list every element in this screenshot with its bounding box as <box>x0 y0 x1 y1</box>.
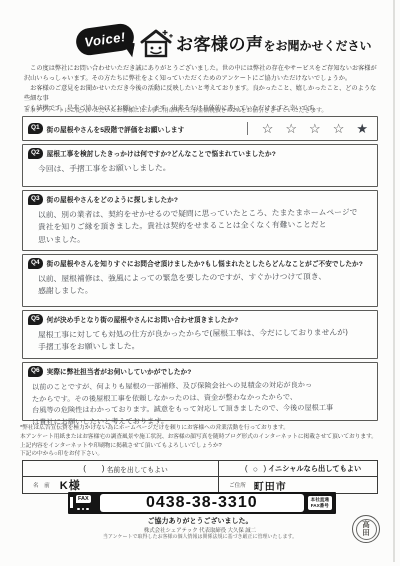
q2-badge: Q2 <box>28 148 43 159</box>
paren-open: ( <box>83 464 86 473</box>
address-field-label: ご住所 <box>229 481 246 489</box>
star-3-icon: ☆ <box>309 122 321 135</box>
privacy-line: 当アンケートで取得したお客様の個人情報は関係法規に基づき厳正に管理いたします。 <box>0 533 400 540</box>
fax-icon-label: FAX <box>76 495 91 503</box>
paren-close: ) <box>102 464 105 473</box>
fax-badge-line2: FAX番号 <box>311 503 329 509</box>
consent-initial-mark-circled: ○ <box>249 464 261 474</box>
q3-handwritten-answer: 以前、別の業者は、契約をせかせるので疑問に思っていたところ、たまたまホームページ… <box>38 206 372 246</box>
q4-label: 街の屋根やさんを知りすぐにお問合せ頂けましたか?もし悩まれたとしたらどんなことが… <box>47 258 363 268</box>
q6-label: 実際に弊社担当者がお伺いしていかがでしたか? <box>47 366 192 376</box>
consent-row: ( ) 名前を出してもよい ( ○ ) イニシャルなら出してもよい <box>23 461 377 477</box>
paren-open: ( <box>245 464 248 473</box>
star-5-icon-selected: ★ <box>356 122 368 135</box>
footer-note-line: 下記の中から○印をお付下さい。 <box>20 450 382 459</box>
voice-speech-bubble: Voice! <box>74 22 135 57</box>
page-title-suffix: をお聞かせください <box>264 39 372 53</box>
consent-initial-label: イニシャルなら出してもよい <box>268 464 361 474</box>
question-box-q1: Q1 街の屋根やさんを5段階で評価をお願いします ☆ ☆ ☆ ☆ ★ <box>22 116 378 141</box>
fax-banner: FAX 0438-38-3310 本社直通 FAX番号 <box>68 492 336 514</box>
paren-close: ) <box>263 464 266 473</box>
footer-notes: *弊社は広告宣伝費を極力かけない為にホームページだけを頼りにお客様への営業活動を… <box>20 424 382 459</box>
q4-handwritten-answer: 以前、屋根補修は、強風によっての緊急を要したのですが、すぐかけつけて頂き、 感謝… <box>38 270 372 298</box>
consent-option-name: ( ) 名前を出してもよい <box>83 464 168 474</box>
q3-badge: Q3 <box>28 194 43 205</box>
question-box-q5: Q5 何が決め手となり街の屋根やさんにお問い合わせ頂きましたか? 屋根工事に対し… <box>22 310 378 359</box>
respondent-address: 町田市 <box>254 478 287 493</box>
rating-stars: ☆ ☆ ☆ ☆ ★ <box>247 122 368 135</box>
fax-machine-icon: FAX <box>74 495 96 511</box>
question-box-q2: Q2 屋根工事を検討したきっかけは何ですか?どんなことで悩まれていましたか? 今… <box>22 144 378 187</box>
question-box-q6: Q6 実際に弊社担当者がお伺いしていかがでしたか? 以前のことですが、何よりも屋… <box>22 362 378 421</box>
consent-respondent-table: ( ) 名前を出してもよい ( ○ ) イニシャルなら出してもよい 名 前 K様 <box>22 460 378 494</box>
intro-discount-note: ※本アンケートにご記入いただいたお客様には工事ご用命時に工事金額税抜きの2%をお… <box>24 105 380 114</box>
respondent-name: K様 <box>60 477 81 493</box>
page-title: お客様の声をお聞かせください <box>176 30 372 55</box>
q5-label: 何が決め手となり街の屋根やさんにお問い合わせ頂きましたか? <box>47 314 239 324</box>
header: Voice! お客様の声をお聞かせください <box>0 22 400 62</box>
fax-number: 0438-38-3310 <box>100 494 304 512</box>
star-2-icon: ☆ <box>285 122 297 135</box>
q6-handwritten-answer: 以前のことですが、何よりも屋根の一部補修、及び保険会社への見積金の対応が良かっ … <box>32 378 372 427</box>
voice-bubble-text: Voice! <box>83 29 126 50</box>
hanko-stamp: 高 田 <box>352 515 380 543</box>
q1-label: 街の屋根やさんを5段階で評価をお願いします <box>47 124 247 134</box>
footer-note-line: 上記内容をインターネットや印刷物に掲載させて頂いてもよろしいでしょうか? <box>20 442 382 451</box>
stamp-char-bottom: 田 <box>362 529 370 537</box>
consent-option-initial: ( ○ ) イニシャルなら出してもよい <box>245 464 361 474</box>
page-title-main: お客様の声 <box>176 35 264 54</box>
star-4-icon: ☆ <box>333 122 345 135</box>
respondent-row: 名 前 K様 ご住所 町田市 <box>23 477 377 493</box>
consent-name-label: 名前を出してもよい <box>107 464 168 474</box>
q6-badge: Q6 <box>28 366 43 377</box>
q1-badge: Q1 <box>28 123 43 134</box>
name-field-label: 名 前 <box>33 481 52 489</box>
question-box-q3: Q3 街の屋根やさんをどのように探しましたか? 以前、別の業者は、契約をせかせる… <box>22 190 378 251</box>
footer-note-line: *弊社は広告宣伝費を極力かけない為にホームページだけを頼りにお客様への営業活動を… <box>20 424 382 433</box>
question-box-q4: Q4 街の屋根やさんを知りすぐにお問合せ頂けましたか?もし悩まれたとしたらどんな… <box>22 254 378 307</box>
survey-scan-page: Voice! お客様の声をお聞かせください この度は弊社にお問い合わせいただき誠… <box>0 0 400 566</box>
q5-badge: Q5 <box>28 314 43 325</box>
q4-badge: Q4 <box>28 258 43 269</box>
house-icon <box>138 28 174 60</box>
q2-handwritten-answer: 今回は、手摺工事をお願いしました。 <box>38 160 372 175</box>
scan-edge-shadow <box>393 0 395 562</box>
q5-handwritten-answer: 屋根工事に対しても対処の仕方が良かったからで(屋根工事は、今だにしておりませんが… <box>38 326 372 354</box>
q2-label: 屋根工事を検討したきっかけは何ですか?どんなことで悩まれていましたか? <box>47 148 276 158</box>
footer-note-line: 本アンケート用紙またはお客様宅の調査風景や施工状況、お客様の顔写真を随時ブログ形… <box>20 433 382 442</box>
q3-label: 街の屋根やさんをどのように探しましたか? <box>47 194 178 204</box>
fax-badge: 本社直通 FAX番号 <box>308 496 332 510</box>
thanks-message: ご協力ありがとうございました。 <box>0 516 400 526</box>
star-1-icon: ☆ <box>262 122 274 135</box>
